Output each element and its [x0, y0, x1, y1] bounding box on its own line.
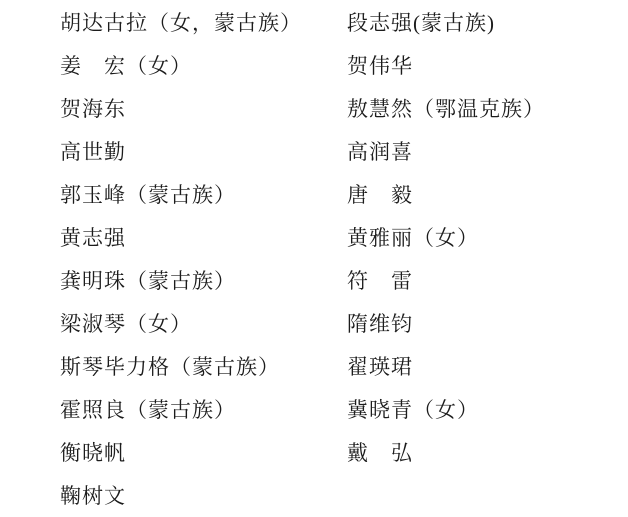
- name-row: 符 雷: [347, 258, 545, 301]
- name-row: 隋维钧: [347, 301, 545, 344]
- name-entry: 黄志强: [60, 222, 126, 252]
- name-entry: 衡晓帆: [60, 437, 126, 467]
- name-entry: 郭玉峰（蒙古族）: [60, 179, 236, 209]
- name-row: 唐 毅: [347, 172, 545, 215]
- name-entry: 姜 宏（女）: [60, 50, 192, 80]
- name-row: 霍照良（蒙古族）: [60, 387, 302, 430]
- name-entry: 胡达古拉（女，蒙古族）: [60, 7, 302, 37]
- name-row: 斯琴毕力格（蒙古族）: [60, 344, 302, 387]
- name-row: 龚明珠（蒙古族）: [60, 258, 302, 301]
- name-entry: 符 雷: [347, 265, 413, 295]
- name-row: 姜 宏（女）: [60, 43, 302, 86]
- name-row: 衡晓帆: [60, 430, 302, 473]
- name-row: 黄志强: [60, 215, 302, 258]
- name-entry: 龚明珠（蒙古族）: [60, 265, 236, 295]
- name-entry: 高世勤: [60, 136, 126, 166]
- name-row: 黄雅丽（女）: [347, 215, 545, 258]
- name-entry: 翟瑛珺: [347, 351, 413, 381]
- name-row: 梁淑琴（女）: [60, 301, 302, 344]
- name-row: 高润喜: [347, 129, 545, 172]
- name-entry: 高润喜: [347, 136, 413, 166]
- name-entry: 隋维钧: [347, 308, 413, 338]
- name-entry: 梁淑琴（女）: [60, 308, 192, 338]
- name-row: 鞠树文: [60, 473, 302, 516]
- name-entry: 唐 毅: [347, 179, 413, 209]
- right-name-column: 段志强(蒙古族) 贺伟华 敖慧然（鄂温克族） 高润喜 唐 毅 黄雅丽（女） 符 …: [347, 0, 545, 473]
- name-row: 高世勤: [60, 129, 302, 172]
- document-page: 胡达古拉（女，蒙古族） 姜 宏（女） 贺海东 高世勤 郭玉峰（蒙古族） 黄志强 …: [0, 0, 628, 517]
- name-entry: 鞠树文: [60, 480, 126, 510]
- name-entry: 霍照良（蒙古族）: [60, 394, 236, 424]
- name-entry: 贺伟华: [347, 50, 413, 80]
- name-entry: 敖慧然（鄂温克族）: [347, 93, 545, 123]
- name-row: 段志强(蒙古族): [347, 0, 545, 43]
- name-row: 冀晓青（女）: [347, 387, 545, 430]
- name-row: 敖慧然（鄂温克族）: [347, 86, 545, 129]
- name-entry: 冀晓青（女）: [347, 394, 479, 424]
- left-name-column: 胡达古拉（女，蒙古族） 姜 宏（女） 贺海东 高世勤 郭玉峰（蒙古族） 黄志强 …: [60, 0, 302, 516]
- name-row: 郭玉峰（蒙古族）: [60, 172, 302, 215]
- name-entry: 戴 弘: [347, 437, 413, 467]
- name-entry: 贺海东: [60, 93, 126, 123]
- name-row: 胡达古拉（女，蒙古族）: [60, 0, 302, 43]
- name-row: 贺伟华: [347, 43, 545, 86]
- name-entry: 黄雅丽（女）: [347, 222, 479, 252]
- name-row: 贺海东: [60, 86, 302, 129]
- name-entry: 段志强(蒙古族): [347, 7, 495, 37]
- name-row: 戴 弘: [347, 430, 545, 473]
- name-row: 翟瑛珺: [347, 344, 545, 387]
- name-entry: 斯琴毕力格（蒙古族）: [60, 351, 280, 381]
